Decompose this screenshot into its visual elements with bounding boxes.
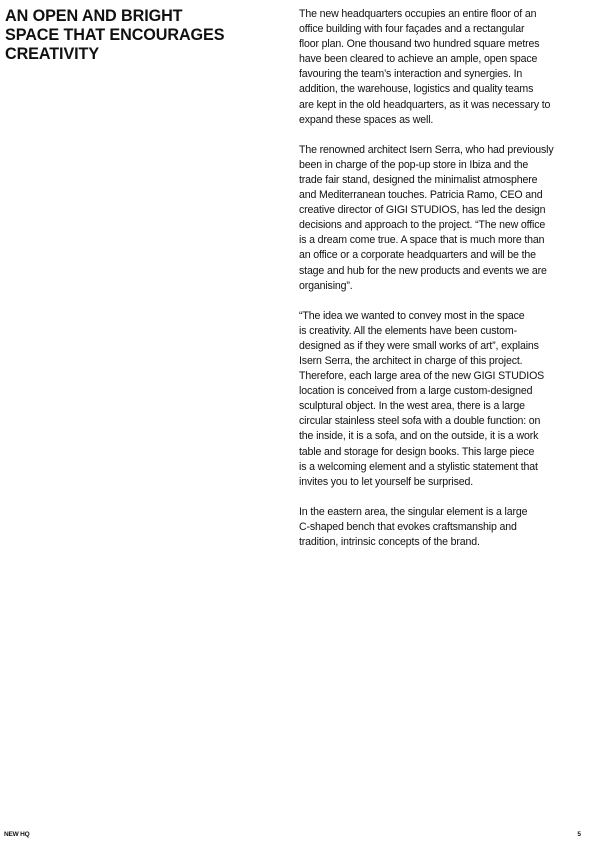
body-text-column: The new headquarters occupies an entire … [299, 7, 589, 565]
text-line: The renowned architect Isern Serra, who … [299, 143, 589, 158]
text-line: office building with four façades and a … [299, 22, 589, 37]
text-line: Isern Serra, the architect in charge of … [299, 354, 589, 369]
text-line: sculptural object. In the west area, the… [299, 399, 589, 414]
paragraph-creativity: “The idea we wanted to convey most in th… [299, 309, 589, 490]
text-line: stage and hub for the new products and e… [299, 264, 589, 279]
text-line: and Mediterranean touches. Patricia Ramo… [299, 188, 589, 203]
heading-line: CREATIVITY [5, 45, 285, 64]
text-line: favouring the team’s interaction and syn… [299, 67, 589, 82]
text-line: circular stainless steel sofa with a dou… [299, 414, 589, 429]
heading-line: SPACE THAT ENCOURAGES [5, 26, 285, 45]
text-line: “The idea we wanted to convey most in th… [299, 309, 589, 324]
text-line: is a welcoming element and a stylistic s… [299, 460, 589, 475]
text-line: is creativity. All the elements have bee… [299, 324, 589, 339]
text-line: addition, the warehouse, logistics and q… [299, 82, 589, 97]
text-line: floor plan. One thousand two hundred squ… [299, 37, 589, 52]
text-line: decisions and approach to the project. “… [299, 218, 589, 233]
text-line: C-shaped bench that evokes craftsmanship… [299, 520, 589, 535]
footer-section-label: NEW HQ [4, 831, 30, 838]
text-line: location is conceived from a large custo… [299, 384, 589, 399]
text-line: an office or a corporate headquarters an… [299, 248, 589, 263]
text-line: In the eastern area, the singular elemen… [299, 505, 589, 520]
text-line: Therefore, each large area of the new GI… [299, 369, 589, 384]
text-line: are kept in the old headquarters, as it … [299, 98, 589, 113]
text-line: have been cleared to achieve an ample, o… [299, 52, 589, 67]
text-line: trade fair stand, designed the minimalis… [299, 173, 589, 188]
paragraph-architect: The renowned architect Isern Serra, who … [299, 143, 589, 294]
text-line: the inside, it is a sofa, and on the out… [299, 429, 589, 444]
text-line: creative director of GIGI STUDIOS, has l… [299, 203, 589, 218]
heading-line: AN OPEN AND BRIGHT [5, 7, 285, 26]
text-line: designed as if they were small works of … [299, 339, 589, 354]
text-line: organising”. [299, 279, 589, 294]
page-heading: AN OPEN AND BRIGHT SPACE THAT ENCOURAGES… [5, 7, 285, 64]
text-line: table and storage for design books. This… [299, 445, 589, 460]
paragraph-intro: The new headquarters occupies an entire … [299, 7, 589, 128]
text-line: The new headquarters occupies an entire … [299, 7, 589, 22]
text-line: tradition, intrinsic concepts of the bra… [299, 535, 589, 550]
text-line: is a dream come true. A space that is mu… [299, 233, 589, 248]
text-line: been in charge of the pop-up store in Ib… [299, 158, 589, 173]
text-line: expand these spaces as well. [299, 113, 589, 128]
page-number: 5 [577, 831, 581, 838]
paragraph-eastern-area: In the eastern area, the singular elemen… [299, 505, 589, 550]
text-line: invites you to let yourself be surprised… [299, 475, 589, 490]
